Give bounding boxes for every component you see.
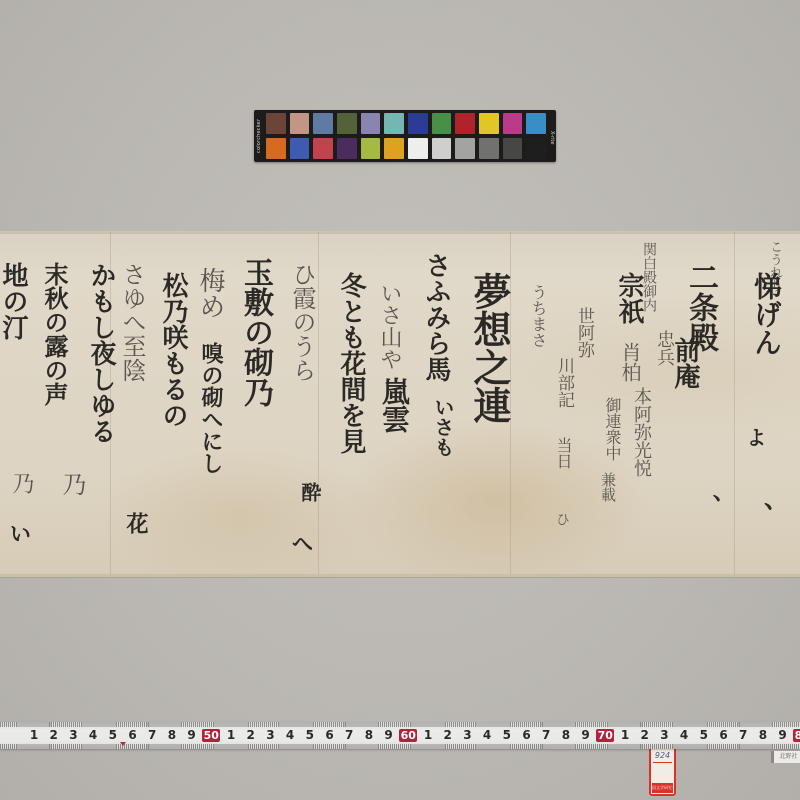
ruler-label: 3 — [657, 729, 671, 742]
ruler-ticks-top — [0, 722, 800, 727]
calligraphy-column: さふみら馬 — [423, 252, 449, 382]
color-patch — [526, 113, 546, 134]
calligraphy-column: 宗祇 — [616, 272, 642, 324]
label-tag: 北野社 — [771, 751, 800, 763]
color-patch — [408, 113, 428, 134]
color-patch — [266, 113, 286, 134]
ruler-label: 4 — [86, 729, 100, 742]
ruler-label: 4 — [677, 729, 691, 742]
measuring-tape: 1234567895012345678960123456789701234567… — [0, 722, 800, 749]
ruler-label: 7 — [342, 729, 356, 742]
color-patch — [361, 138, 381, 159]
calligraphy-column: 玉敷の砌乃 — [240, 257, 270, 407]
ruler-label: 6 — [717, 729, 731, 742]
color-patch — [503, 113, 523, 134]
calligraphy-column: 関白殿御内 — [642, 242, 656, 312]
calligraphy-column: 松乃咲もるの — [160, 272, 186, 428]
color-patch — [384, 113, 404, 134]
color-patch — [455, 138, 475, 159]
xrite-brand-text: X-rite — [547, 120, 555, 156]
color-patch — [337, 113, 357, 134]
calligraphy-column: 悌げん — [752, 272, 780, 356]
ruler-label: 1 — [421, 729, 435, 742]
calligraphy-column: 本阿弥光悦 — [632, 387, 650, 477]
calligraphy-column: 前庵 — [672, 337, 698, 389]
color-patch — [503, 138, 523, 159]
color-patch — [290, 138, 310, 159]
handscroll: こうれり悌げんよ、二条殿前庵、忠兵関白殿御内宗祇肖柏本阿弥光悦御連衆中兼載世阿弥… — [0, 232, 800, 577]
calligraphy-column: 嵐雲 — [380, 377, 408, 433]
calligraphy-column: 夢想之連 — [470, 272, 508, 424]
calligraphy-column: い — [8, 522, 30, 544]
ruler-label: 1 — [27, 729, 41, 742]
calligraphy-column: よ — [745, 427, 765, 447]
calligraphy-column: へ — [290, 532, 312, 554]
calligraphy-column: ひ — [555, 512, 569, 526]
color-checker-card: colorchecker X-rite — [254, 110, 556, 162]
calligraphy-column: さゆへ至陰 — [120, 262, 144, 382]
ruler-label: 9 — [776, 729, 790, 742]
ruler-label: 3 — [66, 729, 80, 742]
ruler-label: 8 — [559, 729, 573, 742]
ruler-label: 7 — [145, 729, 159, 742]
color-patch — [313, 113, 333, 134]
color-patch — [526, 138, 546, 159]
calligraphy-column: 嗅の砌へにし — [200, 342, 222, 474]
ruler-label: 4 — [283, 729, 297, 742]
calligraphy-column: 冬とも花間を見 — [338, 272, 364, 454]
paper-fold — [734, 232, 735, 577]
ruler-label: 8 — [362, 729, 376, 742]
seal-footer: 国文学研究室 — [652, 783, 673, 793]
ruler-label: 8 — [165, 729, 179, 742]
ruler-label: 1 — [224, 729, 238, 742]
ruler-major-label: 70 — [596, 729, 614, 742]
ruler-label: 7 — [736, 729, 750, 742]
colorchecker-brand-text: colorchecker — [256, 114, 265, 158]
color-patch — [479, 138, 499, 159]
scroll-bottom-edge — [0, 574, 800, 577]
calligraphy-column: 兼載 — [600, 472, 615, 502]
ruler-label: 7 — [539, 729, 553, 742]
ruler-label: 9 — [185, 729, 199, 742]
calligraphy-column: 地の汀 — [0, 262, 26, 340]
calligraphy-column: ひ霞のうら — [290, 262, 314, 382]
calligraphy-column: 肖柏 — [620, 342, 640, 382]
color-patch — [384, 138, 404, 159]
calligraphy-column: 梅め — [197, 267, 223, 319]
calligraphy-column: かもし夜しゆる — [88, 262, 114, 444]
ruler-marker-icon — [120, 742, 126, 746]
ruler-label: 4 — [480, 729, 494, 742]
ruler-label: 2 — [638, 729, 652, 742]
ruler-label: 2 — [47, 729, 61, 742]
ruler-label: 5 — [303, 729, 317, 742]
color-patch — [432, 138, 452, 159]
color-patch — [290, 113, 310, 134]
calligraphy-column: 忠兵 — [655, 330, 673, 366]
ruler-label: 8 — [756, 729, 770, 742]
ruler-label: 5 — [697, 729, 711, 742]
calligraphy-column: 乃 — [10, 472, 32, 494]
color-patch — [479, 113, 499, 134]
ruler-label: 3 — [263, 729, 277, 742]
ruler-label: 9 — [382, 729, 396, 742]
color-patch — [313, 138, 333, 159]
paper-fold — [318, 232, 319, 577]
ruler-label: 6 — [520, 729, 534, 742]
calligraphy-column: 当日 — [555, 437, 571, 469]
calligraphy-column: 、 — [745, 502, 771, 528]
color-patch — [455, 113, 475, 134]
color-patch — [266, 138, 286, 159]
ruler-label: 5 — [500, 729, 514, 742]
ruler-label: 1 — [618, 729, 632, 742]
ruler-label: 2 — [441, 729, 455, 742]
color-patch — [361, 113, 381, 134]
ruler-label: 2 — [244, 729, 258, 742]
ruler-label: 9 — [579, 729, 593, 742]
ruler-label: 6 — [126, 729, 140, 742]
ruler-major-label: 60 — [399, 729, 417, 742]
ruler-major-label: 50 — [202, 729, 220, 742]
calligraphy-column: 、 — [695, 494, 719, 518]
calligraphy-column: うちまさ — [530, 284, 546, 348]
ruler-major-label: 80 — [793, 729, 800, 742]
seal-number: 924 — [653, 748, 672, 763]
calligraphy-column: 川部記 — [555, 357, 572, 408]
calligraphy-column: 御連衆中 — [604, 397, 620, 461]
ruler-label: 6 — [323, 729, 337, 742]
ruler-label: 3 — [460, 729, 474, 742]
color-patch — [432, 113, 452, 134]
ruler-label: 5 — [106, 729, 120, 742]
color-patch — [408, 138, 428, 159]
calligraphy-column: 花 — [125, 512, 147, 534]
color-patch-grid — [266, 113, 546, 159]
calligraphy-column: 乃 — [60, 472, 84, 496]
calligraphy-column: 末秋の露の声 — [42, 262, 66, 406]
calligraphy-column: いさ山や — [378, 282, 400, 370]
color-patch — [337, 138, 357, 159]
scroll-top-edge — [0, 232, 800, 234]
calligraphy-column: 世阿弥 — [575, 307, 592, 358]
calligraphy-column: 酔 — [300, 482, 320, 502]
calligraphy-column: いさも — [433, 397, 453, 457]
